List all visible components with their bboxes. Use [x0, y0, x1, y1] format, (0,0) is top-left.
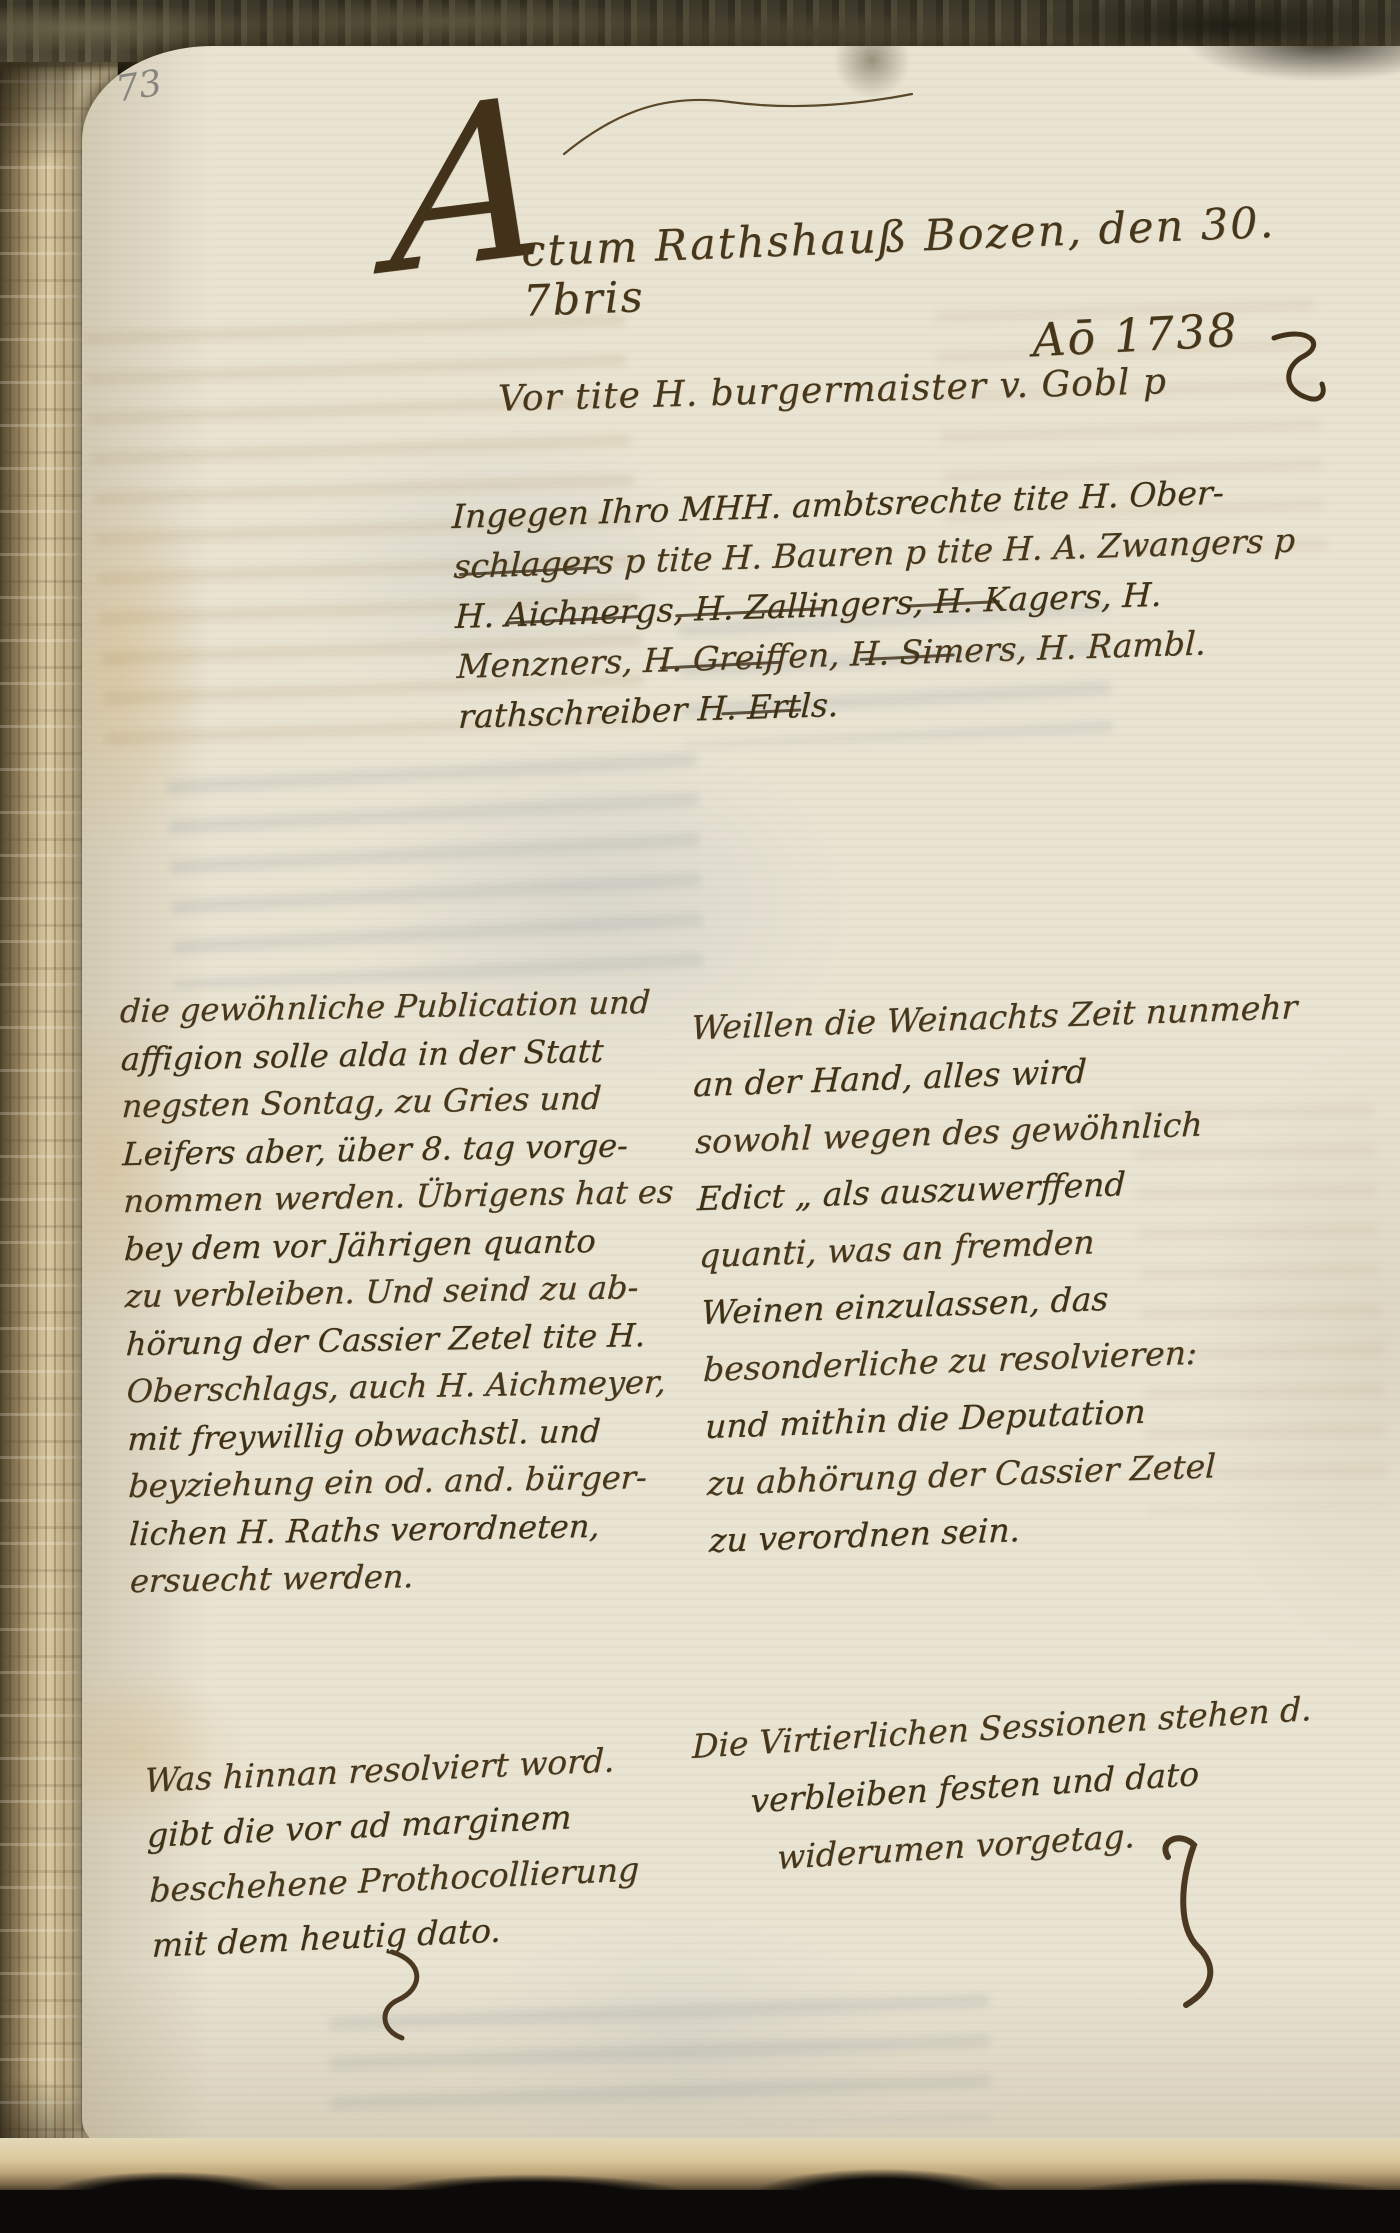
scan-background-bottom [0, 2190, 1400, 2233]
scan-background: 73 A ctum Rathshauß Bozen, den 30. 7bris… [0, 0, 1400, 2233]
resolution-right-column: Weillen die Weinachts Zeit nunmehran der… [690, 977, 1350, 1569]
ink-flourish-closing-left [372, 1948, 442, 2058]
page-torn-bottom-edge [0, 2138, 1400, 2196]
resolution-left-column: die gewöhnliche Publication undaffigion … [120, 978, 726, 1606]
initial-hairline-flourish [560, 88, 920, 168]
year-line: Aō 1738 [1031, 303, 1240, 368]
ink-flourish-closing-right [1150, 1835, 1250, 2015]
folio-number: 73 [113, 63, 165, 111]
ink-flourish-year [1268, 328, 1338, 418]
attendees-paragraph: Ingegen Ihro MHH. ambtsrechte tite H. Ob… [451, 464, 1348, 742]
closing-note-left: Was hinnan resolviert word.gibt die vor … [143, 1727, 742, 1973]
